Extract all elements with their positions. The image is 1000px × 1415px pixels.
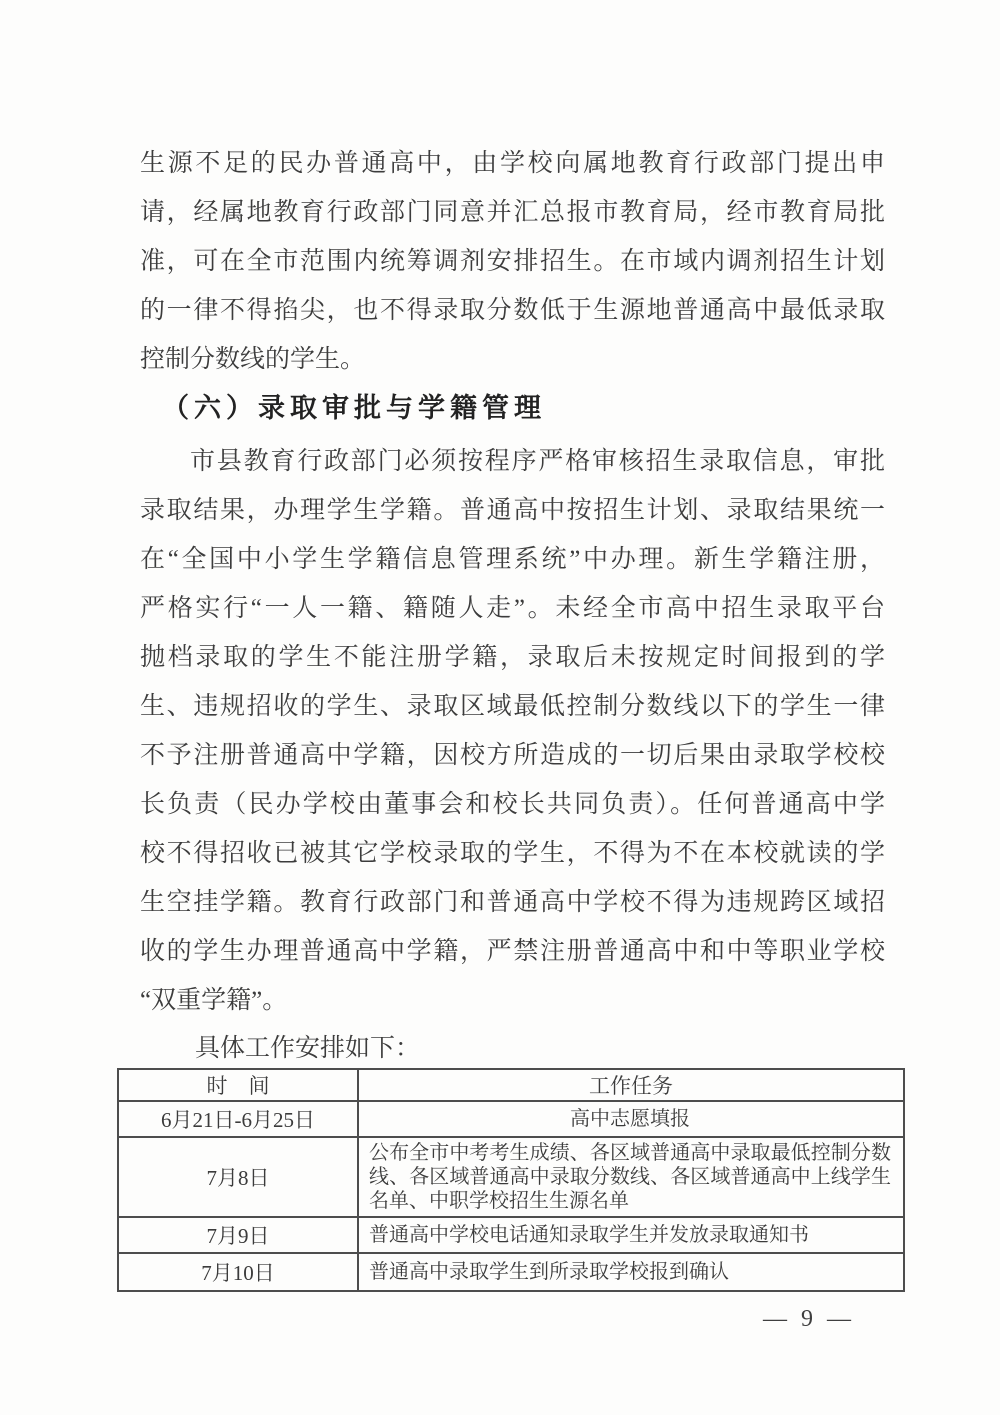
text-line: 请，经属地教育行政部门同意并汇总报市教育局，经市教育局批 [140,188,885,237]
text-line: 录取结果，办理学生学籍。普通高中按招生计划、录取结果统一 [140,486,885,535]
text-line: 的一律不得掐尖，也不得录取分数低于生源地普通高中最低录取 [140,286,885,335]
schedule-table: 时 间 工作任务 6月21日-6月25日高中志愿填报7月8日公布全市中考考生成绩… [117,1068,905,1292]
table-header-time: 时 间 [118,1069,358,1101]
text-line: 在“全国中小学生学籍信息管理系统”中办理。新生学籍注册， [140,535,885,584]
task-cell: 普通高中学校电话通知录取学生并发放录取通知书 [358,1217,904,1253]
text-line: 不予注册普通高中学籍，因校方所造成的一切后果由录取学校校 [140,731,885,780]
text-line: 长负责（民办学校由董事会和校长共同负责）。任何普通高中学 [140,780,885,829]
page-number: — 9 — [763,1306,855,1333]
table-row: 7月9日普通高中学校电话通知录取学生并发放录取通知书 [118,1217,904,1253]
text-line: 生、违规招收的学生、录取区域最低控制分数线以下的学生一律 [140,682,885,731]
text-line: 抛档录取的学生不能注册学籍，录取后未按规定时间报到的学 [140,633,885,682]
schedule-table-body: 6月21日-6月25日高中志愿填报7月8日公布全市中考考生成绩、各区域普通高中录… [118,1101,904,1291]
section-heading: （六）录取审批与学籍管理 [140,384,885,433]
table-row: 7月10日普通高中录取学生到所录取学校报到确认 [118,1253,904,1291]
table-header-row: 时 间 工作任务 [118,1069,904,1101]
time-cell: 6月21日-6月25日 [118,1101,358,1137]
text-line: 严格实行“一人一籍、籍随人走”。未经全市高中招生录取平台 [140,584,885,633]
text-line: 校不得招收已被其它学校录取的学生，不得为不在本校就读的学 [140,829,885,878]
text-line: 准，可在全市范围内统筹调剂安排招生。在市域内调剂招生计划 [140,237,885,286]
text-line: “双重学籍”。 [140,976,885,1025]
text-line: 生空挂学籍。教育行政部门和普通高中学校不得为违规跨区域招 [140,878,885,927]
time-cell: 7月8日 [118,1137,358,1217]
text-line: 收的学生办理普通高中学籍，严禁注册普通高中和中等职业学校 [140,927,885,976]
text-line: 生源不足的民办普通高中，由学校向属地教育行政部门提出申 [140,139,885,188]
text-line: 市县教育行政部门必须按程序严格审核招生录取信息，审批 [140,437,885,486]
schedule-intro: 具体工作安排如下： [140,1030,885,1068]
task-cell: 公布全市中考考生成绩、各区域普通高中录取最低控制分数线、各区域普通高中录取分数线… [358,1137,904,1217]
paragraph-registration-management: 市县教育行政部门必须按程序严格审核招生录取信息，审批录取结果，办理学生学籍。普通… [140,437,885,1025]
page-body: 生源不足的民办普通高中，由学校向属地教育行政部门提出申请，经属地教育行政部门同意… [140,139,885,1292]
time-cell: 7月10日 [118,1253,358,1291]
paragraph-enrollment-adjustment: 生源不足的民办普通高中，由学校向属地教育行政部门提出申请，经属地教育行政部门同意… [140,139,885,384]
time-cell: 7月9日 [118,1217,358,1253]
table-header-task: 工作任务 [358,1069,904,1101]
table-row: 6月21日-6月25日高中志愿填报 [118,1101,904,1137]
text-line: 控制分数线的学生。 [140,335,885,384]
document-page: 生源不足的民办普通高中，由学校向属地教育行政部门提出申请，经属地教育行政部门同意… [0,0,1000,1415]
table-row: 7月8日公布全市中考考生成绩、各区域普通高中录取最低控制分数线、各区域普通高中录… [118,1137,904,1217]
task-cell: 高中志愿填报 [358,1101,904,1137]
task-cell: 普通高中录取学生到所录取学校报到确认 [358,1253,904,1291]
